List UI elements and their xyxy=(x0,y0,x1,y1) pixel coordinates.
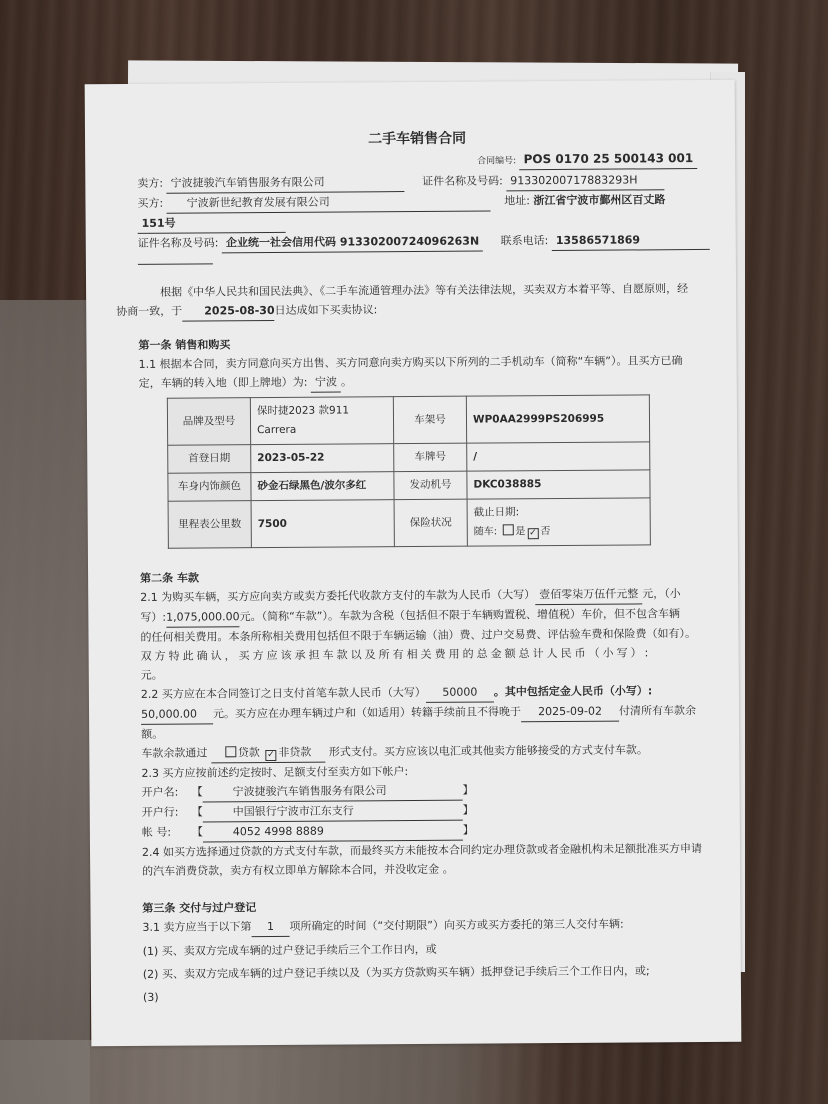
buyer-row: 买方: 宁波新世纪教育发展有限公司 地址: 浙江省宁波市鄞州区百丈路 xyxy=(137,190,697,214)
final-payment-date: 2025-09-02 xyxy=(521,702,619,723)
buyer-id-row: 证件名称及号码: 企业统一社会信用代码 91330200724096263N 联… xyxy=(138,230,698,254)
blank-line xyxy=(138,253,213,265)
contract-number: POS 0170 25 500143 001 xyxy=(520,149,698,170)
agreement-date: 2025-08-30 xyxy=(182,301,275,322)
delivery-option: 1 xyxy=(251,917,289,937)
article-3-1: 3.1 卖方应当于以下第1项所确定的时间（“交付期限”）向买方或买方委托的第三人… xyxy=(142,914,702,938)
article-2-4: 2.4 如买方选择通过贷款的方式支付车款，而最终买方未能按本合同约定办理贷款或者… xyxy=(142,839,702,881)
bank-account-block: 开户名:【宁波捷骏汽车销售服务有限公司】 开户行:【中国银行宁波市江东支行】 帐… xyxy=(142,779,702,843)
first-payment: 50000 xyxy=(426,682,494,702)
article-1-text: 1.1 根据本合同，卖方同意向买方出售、买方同意向卖方购买以下所列的二手机动车（… xyxy=(139,351,699,394)
document-title: 二手车销售合同 xyxy=(137,128,697,151)
registration-city: 宁波 xyxy=(311,372,341,392)
insurance-yes-checkbox[interactable] xyxy=(502,524,513,535)
insurance-no-checkbox[interactable]: ✓ xyxy=(527,528,538,539)
delivery-item-2: (2) 买、卖双方完成车辆的过户登记手续以及（为买方贷款购买车辆）抵押登记手续后… xyxy=(143,961,703,984)
payment-method: 贷款 ✓非贷款 xyxy=(211,743,326,764)
price-chinese: 壹佰零柒万伍仟元整 xyxy=(535,584,642,605)
vehicle-info-table: 品牌及型号 保时捷2023 款911 Carrera 车架号 WP0AA2999… xyxy=(167,394,651,548)
preamble: 根据《中华人民共和国民法典》、《二手车流通管理办法》等有关法律法规，买卖双方本着… xyxy=(138,279,698,322)
contract-content: 二手车销售合同 合同编号: POS 0170 25 500143 001 卖方:… xyxy=(137,128,703,1007)
deposit-amount: 50,000.00 xyxy=(141,704,213,725)
article-2-1: 2.1 为购买车辆，买方应向卖方或卖方委托代收款方支付的车款为人民币（大写）壹佰… xyxy=(140,584,701,685)
insurance-checkboxes: 随车: 是✓否 xyxy=(474,521,644,541)
plastic-sleeve-bottom xyxy=(0,1040,560,1104)
delivery-item-1: (1) 买、卖双方完成车辆的过户登记手续后三个工作日内，或 xyxy=(143,938,703,961)
buyer-name: 宁波新世纪教育发展有限公司 xyxy=(167,191,491,213)
buyer-phone: 13586571869 xyxy=(552,230,710,251)
non-loan-checkbox[interactable]: ✓ xyxy=(265,750,276,761)
article-2-2: 2.2 买方应在本合同签订之日支付首笔车款人民币（大写）50000。其中包括定金… xyxy=(141,681,702,764)
seller-id: 91330200717883293H xyxy=(506,170,664,191)
delivery-item-3: (3) xyxy=(143,984,703,1007)
table-row: 里程表公里数 7500 保险状况 截止日期: 随车: 是✓否 xyxy=(168,498,650,548)
table-row: 品牌及型号 保时捷2023 款911 Carrera 车架号 WP0AA2999… xyxy=(167,395,649,445)
contract-page: 二手车销售合同 合同编号: POS 0170 25 500143 001 卖方:… xyxy=(85,80,742,1047)
loan-checkbox[interactable] xyxy=(225,746,236,757)
price-numeric: 1,075,000.00 xyxy=(166,607,240,628)
plastic-sleeve xyxy=(0,300,90,1104)
seller-name: 宁波捷骏汽车销售服务有限公司 xyxy=(166,172,404,194)
buyer-id: 企业统一社会信用代码 91330200724096263N xyxy=(222,232,483,254)
buyer-address-cont: 151号 xyxy=(138,213,286,234)
table-row: 首登日期 2023-05-22 车牌号 / xyxy=(168,442,650,473)
buyer-address: 浙江省宁波市鄞州区百丈路 xyxy=(533,193,665,207)
table-row: 车身内饰颜色 砂金石绿黑色/波尔多红 发动机号 DKC038885 xyxy=(168,470,650,501)
